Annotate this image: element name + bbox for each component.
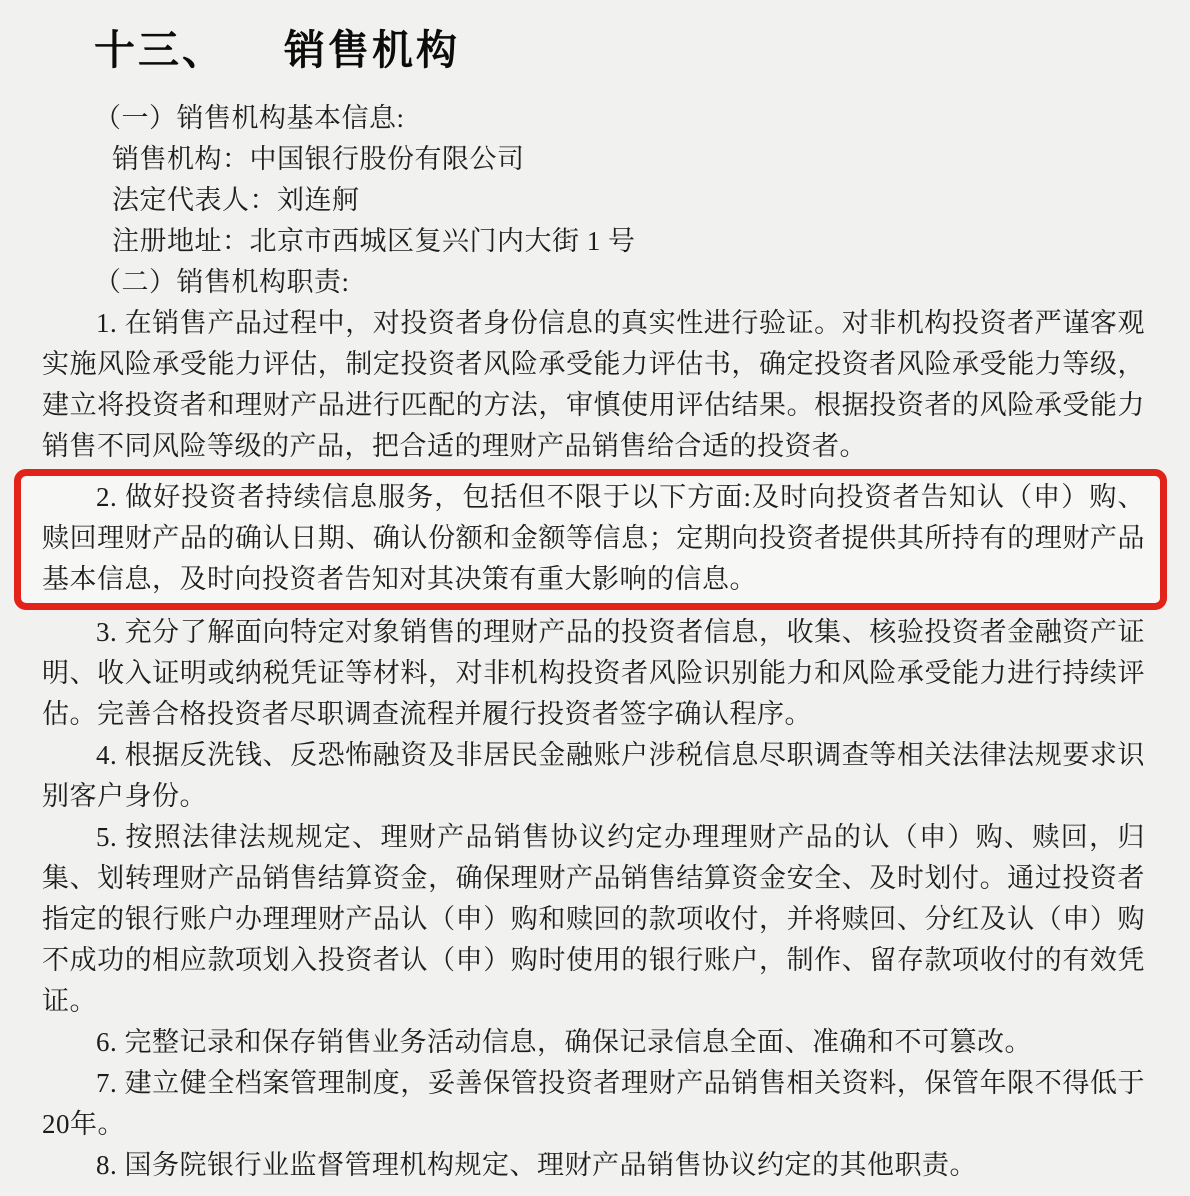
duty-paragraph-1: 1. 在销售产品过程中，对投资者身份信息的真实性进行验证。对非机构投资者严谨客观… — [42, 303, 1145, 467]
duty-paragraph-7: 7. 建立健全档案管理制度，妥善保管投资者理财产品销售相关资料，保管年限不得低于… — [42, 1063, 1145, 1145]
page-title: 十三、销售机构 — [94, 26, 1145, 74]
document-page: 十三、销售机构 （一）销售机构基本信息: 销售机构：中国银行股份有限公司 法定代… — [0, 0, 1190, 1196]
highlight-box: 2. 做好投资者持续信息服务，包括但不限于以下方面:及时向投资者告知认（申）购、… — [14, 469, 1167, 610]
duty-paragraph-4: 4. 根据反洗钱、反恐怖融资及非居民金融账户涉税信息尽职调查等相关法律法规要求识… — [42, 735, 1145, 817]
info-line-sales-org: 销售机构：中国银行股份有限公司 — [42, 139, 1145, 180]
title-text: 销售机构 — [284, 27, 460, 73]
duty-paragraph-3: 3. 充分了解面向特定对象销售的理财产品的投资者信息，收集、核验投资者金融资产证… — [42, 612, 1145, 735]
duty-paragraph-6: 6. 完整记录和保存销售业务活动信息，确保记录信息全面、准确和不可篡改。 — [42, 1022, 1145, 1063]
info-line-registered-address: 注册地址：北京市西城区复兴门内大街 1 号 — [42, 221, 1145, 262]
duty-paragraph-2: 2. 做好投资者持续信息服务，包括但不限于以下方面:及时向投资者告知认（申）购、… — [42, 477, 1145, 600]
part-one-heading: （一）销售机构基本信息: — [42, 98, 1145, 139]
duty-paragraph-8: 8. 国务院银行业监督管理机构规定、理财产品销售协议约定的其他职责。 — [42, 1145, 1145, 1186]
title-number: 十三、 — [94, 27, 226, 73]
part-two-heading: （二）销售机构职责: — [42, 262, 1145, 303]
duty-paragraph-5: 5. 按照法律法规规定、理财产品销售协议约定办理理财产品的认（申）购、赎回，归集… — [42, 817, 1145, 1022]
info-line-legal-rep: 法定代表人：刘连舸 — [42, 180, 1145, 221]
